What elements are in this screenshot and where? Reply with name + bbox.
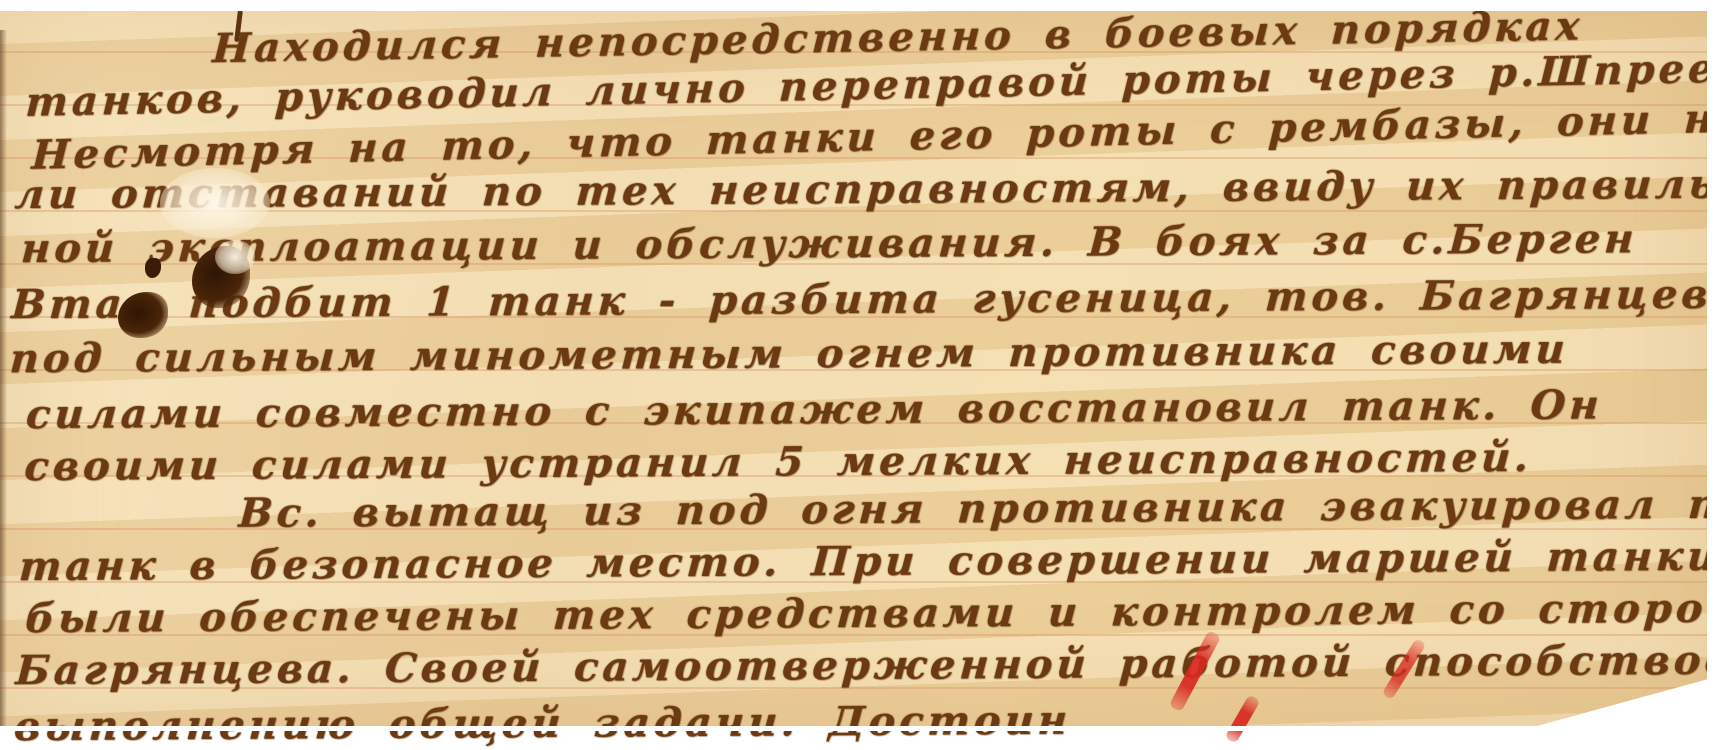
handwritten-line: танк в безопасное место. При совершении … <box>18 533 1719 590</box>
handwriting-layer: Находился непосредственно в боевых поряд… <box>0 0 1719 731</box>
scan-edge-right <box>1707 0 1719 731</box>
handwritten-line: ли отставаний по тех неисправностям, вви… <box>13 161 1719 219</box>
handwritten-line: ной эксплоатации и обслуживания. В боях … <box>20 215 1639 272</box>
scan-edge-shadow <box>0 30 7 730</box>
handwritten-line: Вс. вытащ из под огня противника эвакуир… <box>237 479 1719 537</box>
paper-smudge <box>160 168 270 238</box>
handwritten-line: под сильным минометным огнем противника … <box>8 326 1570 383</box>
handwritten-line: были обеспечены тех средствами и контрол… <box>24 583 1719 642</box>
handwritten-line: своими силами устранил 5 мелких неисправ… <box>23 434 1534 490</box>
scan-edge-top <box>0 0 1719 11</box>
scan-edge-bottom <box>0 726 1719 731</box>
handwritten-line: Втал подбит 1 танк - разбита гусеница, т… <box>10 271 1713 328</box>
ink-blot-highlight <box>215 240 255 274</box>
scanned-document-page: Находился непосредственно в боевых поряд… <box>0 0 1719 731</box>
handwritten-line: Багрянцева. Своей самоотверженной работо… <box>14 636 1719 694</box>
handwritten-line: силами совместно с экипажем восстановил … <box>25 381 1604 438</box>
